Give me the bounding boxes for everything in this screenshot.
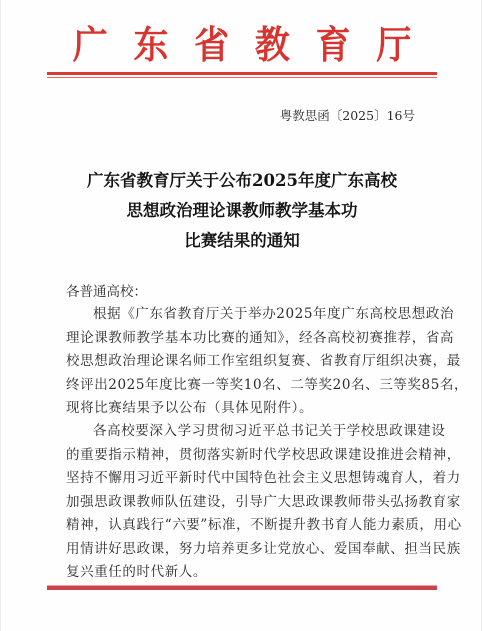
paragraph-line: 现将比赛结果予以公布（具体见附件）。 xyxy=(66,397,422,421)
paragraph-line: 根据《广东省教育厅关于举办2025年度广东高校思想政治 xyxy=(66,303,422,327)
document-title: 广东省教育厅关于公布2025年度广东高校 思想政治理论课教师教学基本功 比赛结果… xyxy=(1,166,482,256)
salutation: 各普通高校： xyxy=(66,282,147,302)
paragraph-line: 终评出2025年度比赛一等奖10名、二等奖20名、三等奖85名， xyxy=(66,374,422,398)
masthead: 广东省教育厅 xyxy=(1,20,482,70)
paragraph-line: 理论课教师教学基本功比赛的通知》，经各高校初赛推荐，省高 xyxy=(66,327,422,351)
paragraph-line: 各高校要深入学习贯彻习近平总书记关于学校思政课建设 xyxy=(66,420,422,444)
footer-red-rule xyxy=(47,586,437,590)
paragraph-line: 加强思政课教师队伍建设，引导广大思政课教师带头弘扬教育家 xyxy=(66,491,422,515)
document-title-line: 广东省教育厅关于公布2025年度广东高校 xyxy=(1,166,482,196)
masthead-red-rule-thin xyxy=(47,77,437,78)
paragraph-line: 的重要指示精神，贯彻落实新时代学校思政课建设推进会精神， xyxy=(66,444,422,468)
issuer-name: 广东省教育厅 xyxy=(47,20,437,70)
paragraph-2: 各高校要深入学习贯彻习近平总书记关于学校思政课建设 的重要指示精神，贯彻落实新时… xyxy=(66,420,422,585)
paragraph-line: 复兴重任的时代新人。 xyxy=(66,561,422,585)
paragraph-line: 校思想政治理论课名师工作室组织复赛、省教育厅组织决赛，最 xyxy=(66,350,422,374)
document-title-line: 思想政治理论课教师教学基本功 xyxy=(1,196,482,226)
paragraph-1: 根据《广东省教育厅关于举办2025年度广东高校思想政治 理论课教师教学基本功比赛… xyxy=(66,303,422,421)
paragraph-line: 精神，认真践行“六要”标准，不断提升教书育人能力素质，用心 xyxy=(66,514,422,538)
paragraph-line: 坚持不懈用习近平新时代中国特色社会主义思想铸魂育人，着力 xyxy=(66,467,422,491)
paragraph-line: 用情讲好思政课，努力培养更多让党放心、爱国奉献、担当民族 xyxy=(66,538,422,562)
document-page: 广东省教育厅 粤教思函〔2025〕16号 广东省教育厅关于公布2025年度广东高… xyxy=(0,0,482,631)
document-number: 粤教思函〔2025〕16号 xyxy=(280,107,415,125)
document-title-line: 比赛结果的通知 xyxy=(1,226,482,256)
masthead-red-rule xyxy=(47,72,437,75)
